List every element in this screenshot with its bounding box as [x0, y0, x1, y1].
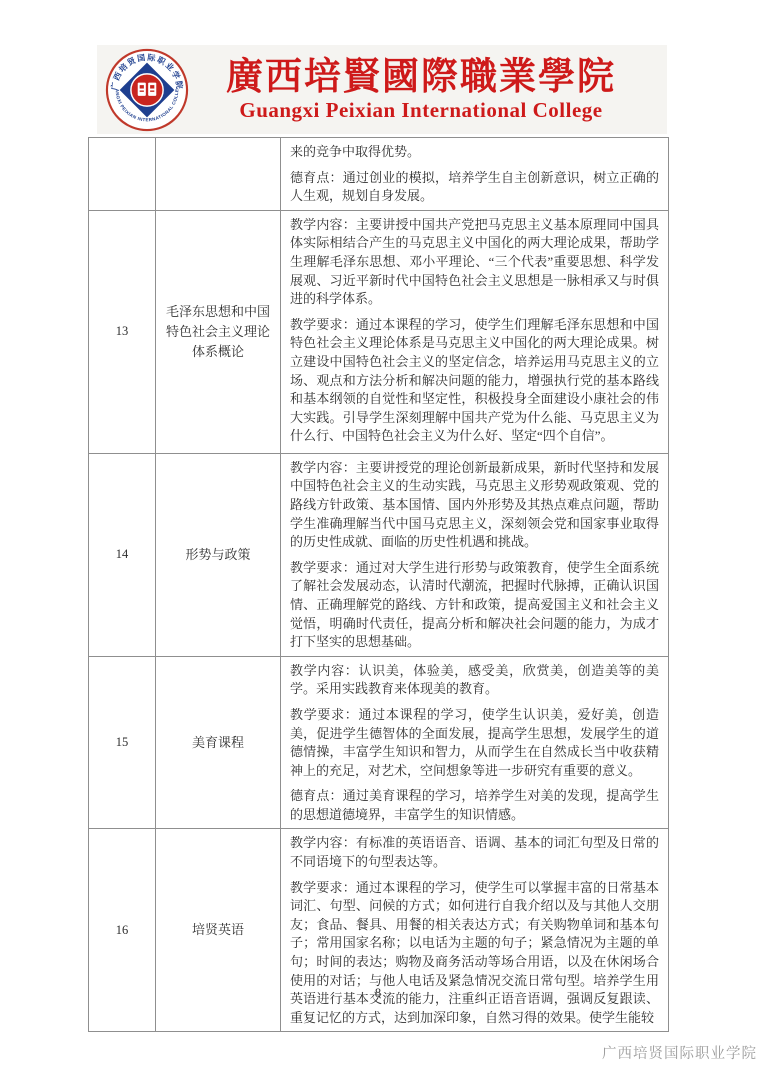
description-paragraph: 德育点：通过美育课程的学习，培养学生对美的发现，提高学生的思想道德境界，丰富学生…	[290, 787, 659, 824]
course-description: 教学内容：主要讲授中国共产党把马克思主义基本原理同中国具体实际相结合产生的马克思…	[281, 210, 669, 453]
row-number: 16	[89, 829, 156, 1032]
course-description: 来的竞争中取得优势。 德育点：通过创业的模拟，培养学生自主创新意识，树立正确的人…	[281, 138, 669, 211]
description-paragraph: 教学要求：通过本课程的学习，使学生们理解毛泽东思想和中国特色社会主义理论体系是马…	[290, 316, 659, 446]
row-number	[89, 138, 156, 211]
table-row-14: 14 形势与政策 教学内容：主要讲授党的理论创新最新成果，新时代坚持和发展中国特…	[89, 453, 669, 656]
description-paragraph: 教学要求：通过本课程的学习，使学生可以掌握丰富的日常基本词汇、句型、问候的方式；…	[290, 879, 659, 1028]
row-number: 15	[89, 656, 156, 829]
course-name: 形势与政策	[156, 453, 281, 656]
page-number: 8	[88, 986, 668, 1001]
course-name: 培贤英语	[156, 829, 281, 1032]
course-description: 教学内容：主要讲授党的理论创新最新成果，新时代坚持和发展中国特色社会主义的生动实…	[281, 453, 669, 656]
row-number: 14	[89, 453, 156, 656]
college-name-zh: 廣西培賢國際職業學院	[189, 57, 653, 98]
course-name	[156, 138, 281, 211]
course-name: 毛泽东思想和中国特色社会主义理论体系概论	[156, 210, 281, 453]
table-row-16: 16 培贤英语 教学内容：有标准的英语语音、语调、基本的词汇句型及日常的不同语境…	[89, 829, 669, 1032]
description-paragraph: 教学内容：认识美，体验美，感受美，欣赏美，创造美等的美学。采用实践教育来体现美的…	[290, 662, 659, 699]
table-row-13: 13 毛泽东思想和中国特色社会主义理论体系概论 教学内容：主要讲授中国共产党把马…	[89, 210, 669, 453]
table-row-15: 15 美育课程 教学内容：认识美，体验美，感受美，欣赏美，创造美等的美学。采用实…	[89, 656, 669, 829]
header-titles: 廣西培賢國際職業學院 Guangxi Peixian International…	[189, 58, 667, 122]
row-number: 13	[89, 210, 156, 453]
college-seal-logo: 广西培贤国际职业学院 GUANGXI PEIXIAN INTERNATIONAL…	[105, 48, 189, 132]
document-page: { "header": { "college_name_zh": "廣西培賢國際…	[0, 0, 763, 1080]
college-name-en: Guangxi Peixian International College	[189, 98, 653, 122]
description-paragraph: 教学内容：主要讲授中国共产党把马克思主义基本原理同中国具体实际相结合产生的马克思…	[290, 216, 659, 309]
table-row-continuation: 来的竞争中取得优势。 德育点：通过创业的模拟，培养学生自主创新意识，树立正确的人…	[89, 138, 669, 211]
description-paragraph: 来的竞争中取得优势。	[290, 143, 659, 162]
course-description: 教学内容：认识美，体验美，感受美，欣赏美，创造美等的美学。采用实践教育来体现美的…	[281, 656, 669, 829]
description-paragraph: 教学内容：主要讲授党的理论创新最新成果，新时代坚持和发展中国特色社会主义的生动实…	[290, 459, 659, 552]
watermark: 广西培贤国际职业学院	[602, 1042, 757, 1063]
description-paragraph: 教学要求：通过对大学生进行形势与政策教育，使学生全面系统了解社会发展动态，认清时…	[290, 559, 659, 652]
seal-center	[131, 73, 163, 105]
course-name: 美育课程	[156, 656, 281, 829]
description-paragraph: 教学内容：有标准的英语语音、语调、基本的词汇句型及日常的不同语境下的句型表达等。	[290, 834, 659, 871]
course-table: 来的竞争中取得优势。 德育点：通过创业的模拟，培养学生自主创新意识，树立正确的人…	[88, 137, 669, 1032]
header-band: 广西培贤国际职业学院 GUANGXI PEIXIAN INTERNATIONAL…	[97, 45, 667, 134]
course-description: 教学内容：有标准的英语语音、语调、基本的词汇句型及日常的不同语境下的句型表达等。…	[281, 829, 669, 1032]
description-paragraph: 德育点：通过创业的模拟，培养学生自主创新意识，树立正确的人生观，规划自身发展。	[290, 169, 659, 206]
description-paragraph: 教学要求：通过本课程的学习，使学生认识美，爱好美，创造美，促进学生德智体的全面发…	[290, 706, 659, 780]
